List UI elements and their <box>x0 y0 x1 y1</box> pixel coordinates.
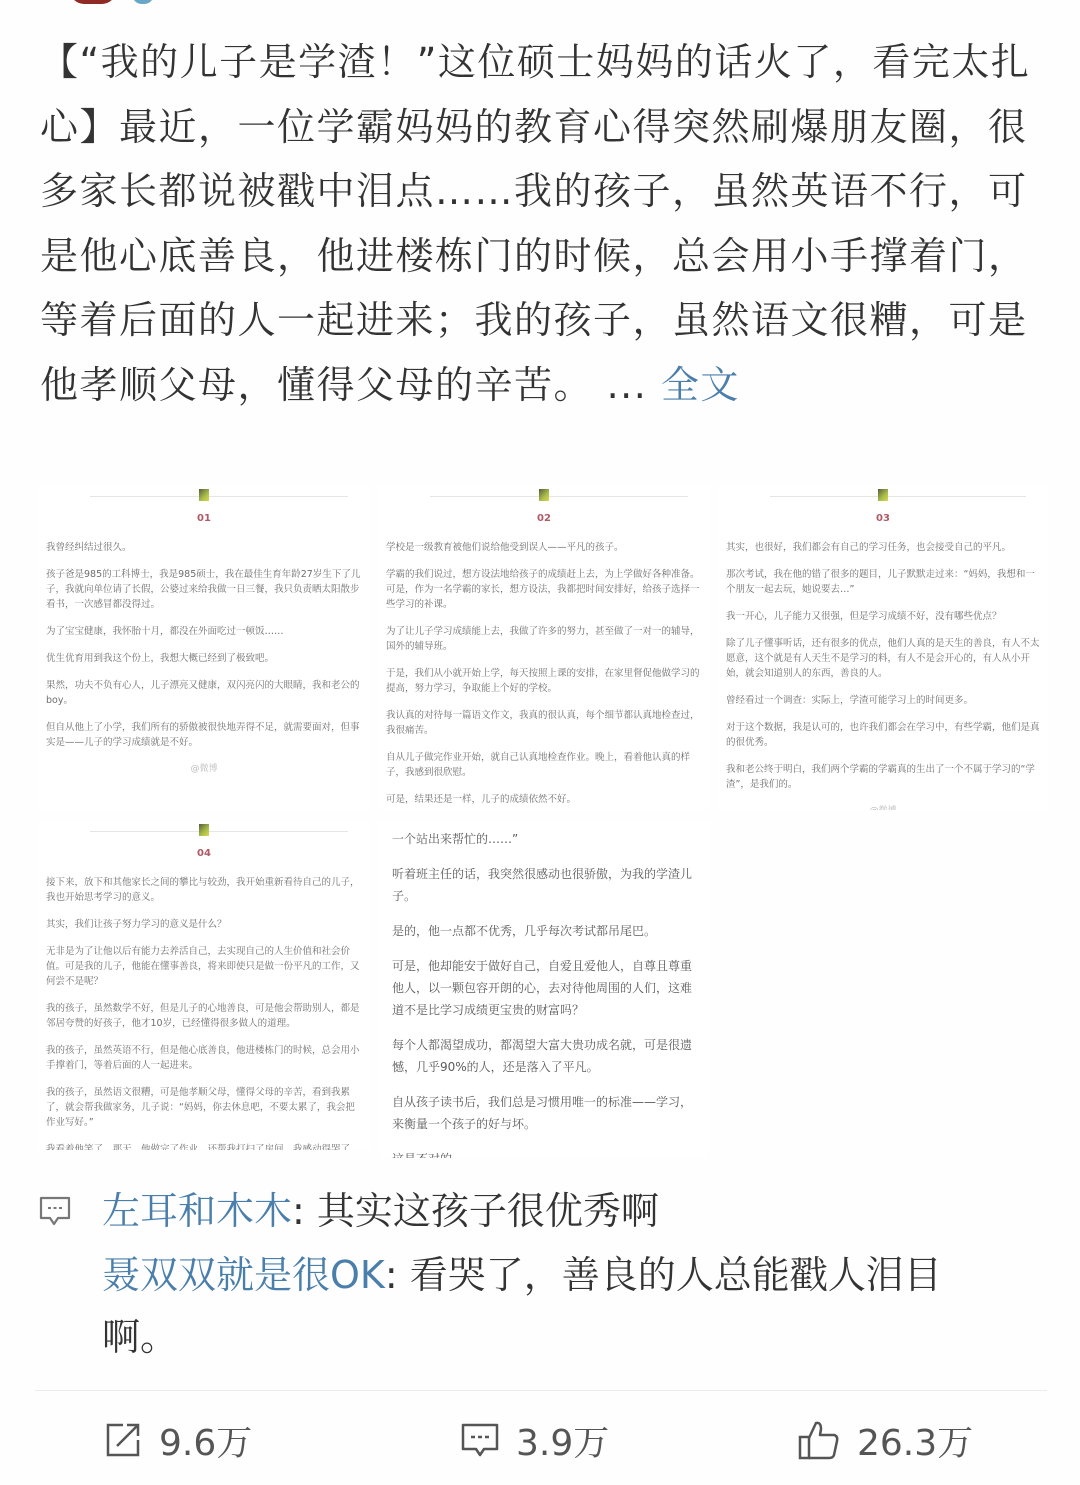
section-number: 02 <box>378 511 710 526</box>
paragraph: 那次考试，我在他的错了很多的题目，儿子默默走过来：“妈妈，我想和一个朋友一起去玩… <box>726 567 1040 597</box>
paragraph: 自从孩子读书后，我们总是习惯用唯一的标准——学习，来衡量一个孩子的好与坏。 <box>392 1091 696 1135</box>
image-thumbnail-1[interactable]: 01 我曾经纠结过很久。 孩子爸是985的工科博士，我是985硕士，我在最佳生育… <box>38 485 370 810</box>
paragraph: 果然，功夫不负有心人，儿子漂亮又健康，双闪亮闪的大眼睛，我和老公的boy。 <box>46 678 362 708</box>
paragraph: 我的孩子，虽然数学不好，但是儿子的心地善良，可是他会帮助别人，都是邻居夸赞的好孩… <box>46 1001 362 1031</box>
logo-icon <box>199 489 209 501</box>
paragraph: 优生优育用到我这个份上，我想大概已经到了极致吧。 <box>46 651 362 666</box>
comment-button[interactable]: 3.9万 <box>460 1419 609 1461</box>
paragraph: 接下来，放下和其他家长之间的攀比与较劲，我开始重新看待自己的儿子，我也开始思考学… <box>46 875 362 905</box>
paragraph: 可是，他却能安于做好自己，自爱且爱他人，自尊且尊重他人，以一颗包容开朗的心，去对… <box>392 955 696 1021</box>
paragraph: 曾经看过一个调查：实际上，学渣可能学习上的时间更多。 <box>726 693 1040 708</box>
paragraph: 于是，我们从小就开始上学，每天按照上课的安排，在家里督促他做学习的提高，努力学习… <box>386 666 702 696</box>
share-icon <box>103 1420 143 1460</box>
paragraph: 为了宝宝健康，我怀胎十月，都没在外面吃过一顿饭…… <box>46 624 362 639</box>
divider <box>50 824 358 838</box>
verified-badge-icon <box>132 0 154 4</box>
like-count: 26.3万 <box>857 1415 973 1466</box>
paragraph: 除了儿子懂事听话，还有很多的优点，他们人真的是天生的善良，有人不太愿意，这个就是… <box>726 636 1040 681</box>
paragraph: 我看着他笑了，那天，他做完了作业，还帮我打扫了房间，我感动得哭了。 <box>46 1142 362 1150</box>
paragraph: 每个人都渴望成功，都渴望大富大贵功成名就，可是很遗憾，几乎90%的人，还是落入了… <box>392 1034 696 1078</box>
watermark: @微博 <box>718 804 1048 810</box>
comment-icon <box>38 1194 72 1228</box>
repost-count: 9.6万 <box>159 1415 252 1466</box>
section-number: 01 <box>38 511 370 526</box>
comment-author[interactable]: 左耳和木木 <box>102 1189 292 1233</box>
like-button[interactable]: 26.3万 <box>797 1419 973 1461</box>
paragraph: 听着班主任的话，我突然很感动也很骄傲，为我的学渣儿子。 <box>392 863 696 907</box>
paragraph: 我曾经纠结过很久。 <box>46 540 362 555</box>
paragraph: 其实，也很好，我们都会有自己的学习任务，也会接受自己的平凡。 <box>726 540 1040 555</box>
paragraph: 学校是一级教育被他们说给他受到误人——平凡的孩子。 <box>386 540 702 555</box>
paragraph: 一个站出来帮忙的……” <box>392 828 696 850</box>
comment-icon <box>460 1420 500 1460</box>
comment-item[interactable]: 左耳和木木: 其实这孩子很优秀啊 <box>102 1180 1002 1242</box>
divider <box>730 489 1036 503</box>
comment-text: : 其实这孩子很优秀啊 <box>292 1189 659 1233</box>
paragraph: 为了让儿子学习成绩能上去，我做了许多的努力，甚至做了一对一的辅导，国外的辅导班。 <box>386 624 702 654</box>
paragraph: 是的，他一点都不优秀，几乎每次考试都吊尾巴。 <box>392 920 696 942</box>
paragraph: 自从儿子做完作业开始，就自己认真地检查作业。晚上，看着他认真的样子，我感到很欣慰… <box>386 750 702 780</box>
divider <box>50 489 358 503</box>
paragraph: 但自从他上了小学，我们所有的骄傲被很快地弄得不足，就需要面对，但事实是——儿子的… <box>46 720 362 750</box>
divider <box>390 489 698 503</box>
comment-count: 3.9万 <box>516 1415 609 1466</box>
paragraph: 对于这个数据，我是认可的，也许我们都会在学习中，有些学霸，他们是真的很优秀。 <box>726 720 1040 750</box>
image-thumbnail-4[interactable]: 04 接下来，放下和其他家长之间的攀比与较劲，我开始重新看待自己的儿子，我也开始… <box>38 820 370 1150</box>
image-thumbnail-5[interactable]: 一个站出来帮忙的……” 听着班主任的话，我突然很感动也很骄傲，为我的学渣儿子。 … <box>378 820 710 1158</box>
action-bar: 9.6万 3.9万 26.3万 <box>35 1390 1047 1485</box>
paragraph: 无非是为了让他以后有能力去养活自己，去实现自己的人生价值和社会价值。可是我的儿子… <box>46 944 362 989</box>
watermark: @微博 <box>38 762 370 777</box>
avatar[interactable] <box>70 0 116 4</box>
section-number: 04 <box>38 846 370 861</box>
paragraph: 我认真的对待每一篇语文作文，我真的很认真，每个细节都认真地检查过，我很痛苦。 <box>386 708 702 738</box>
paragraph: 我的孩子，虽然语文很糟，可是他孝顺父母，懂得父母的辛苦，看到我累了，就会帮我做家… <box>46 1085 362 1130</box>
logo-icon <box>878 489 888 501</box>
paragraph: 孩子爸是985的工科博士，我是985硕士，我在最佳生育年龄27岁生下了儿子，我就… <box>46 567 362 612</box>
comment-item[interactable]: 聂双双就是很OK: 看哭了，善良的人总能戳人泪目啊。 <box>102 1244 1002 1368</box>
logo-icon <box>539 489 549 501</box>
paragraph: 可是，结果还是一样，儿子的成绩依然不好。 <box>386 792 702 807</box>
image-thumbnail-3[interactable]: 03 其实，也很好，我们都会有自己的学习任务，也会接受自己的平凡。 那次考试，我… <box>718 485 1048 810</box>
paragraph: 我和老公终于明白，我们两个学霸的学霸真的生出了一个不属于学习的“学渣”，是我们的… <box>726 762 1040 792</box>
logo-icon <box>199 824 209 836</box>
avatar-remnants <box>70 0 170 4</box>
paragraph: 我的孩子，虽然英语不行，但是他心底善良，他进楼栋门的时候，总会用小手撑着门，等着… <box>46 1043 362 1073</box>
full-text-link[interactable]: 全文 <box>661 363 740 407</box>
paragraph: 学霸的我们说过，想方设法地给孩子的成绩赶上去，为上学做好各种准备。可是，作为一名… <box>386 567 702 612</box>
paragraph: 其实，我们让孩子努力学习的意义是什么？ <box>46 917 362 932</box>
paragraph: 我一开心，儿子能力又很强，但是学习成绩不好，没有哪些优点？ <box>726 609 1040 624</box>
repost-button[interactable]: 9.6万 <box>103 1419 252 1461</box>
section-number: 03 <box>718 511 1048 526</box>
image-thumbnail-2[interactable]: 02 学校是一级教育被他们说给他受到误人——平凡的孩子。 学霸的我们说过，想方设… <box>378 485 710 810</box>
post-body: 【“我的儿子是学渣！”这位硕士妈妈的话火了，看完太扎心】最近，一位学霸妈妈的教育… <box>40 40 1030 407</box>
thumbs-up-icon <box>797 1419 841 1461</box>
post-text: 【“我的儿子是学渣！”这位硕士妈妈的话火了，看完太扎心】最近，一位学霸妈妈的教育… <box>40 30 1040 417</box>
image-grid: 01 我曾经纠结过很久。 孩子爸是985的工科博士，我是985硕士，我在最佳生育… <box>38 485 1048 1150</box>
comment-author[interactable]: 聂双双就是很OK <box>102 1253 385 1297</box>
paragraph: 这是不对的。 <box>392 1148 696 1158</box>
